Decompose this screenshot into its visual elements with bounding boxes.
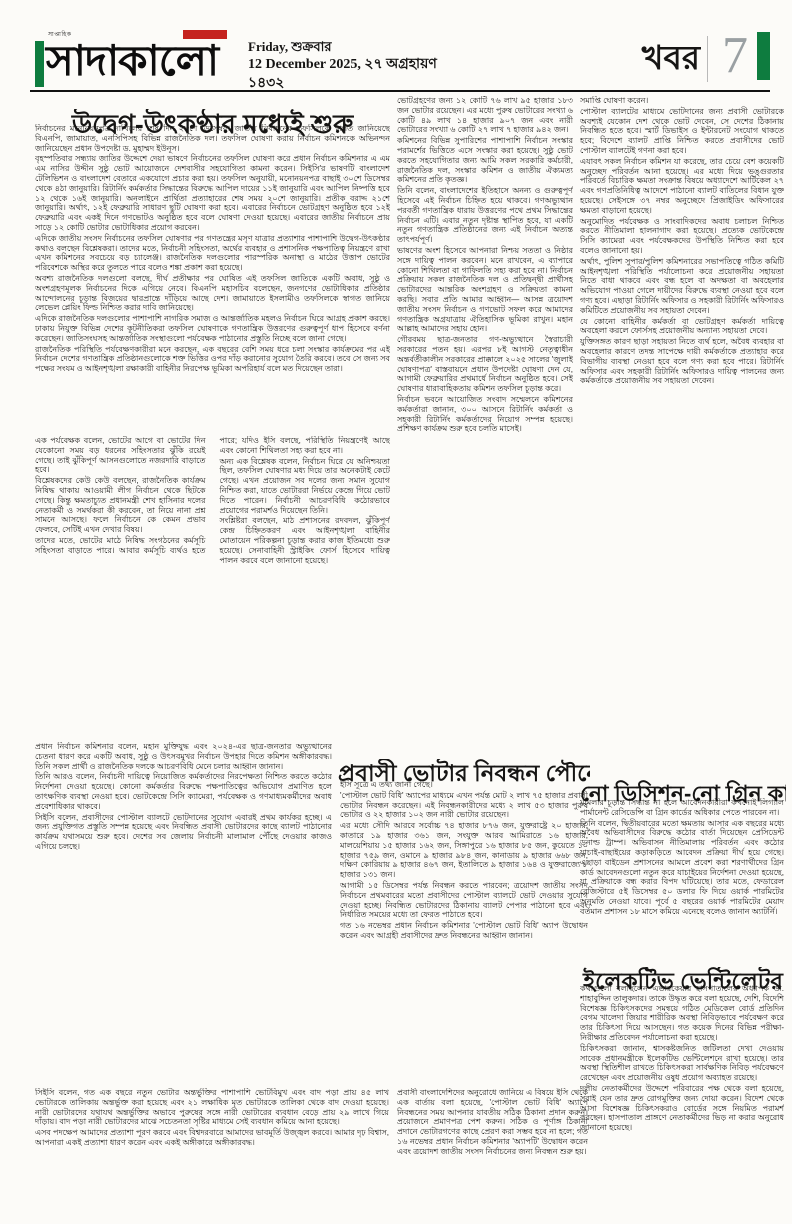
middle-column-body: ভোটগ্রহণের জন্য ১২ কোটি ৭৬ লাখ ৯৫ হাজার … xyxy=(397,96,573,736)
body-paragraph: তিনি বলেন, বাংলাদেশের ইতিহাসে অনন্য ও গু… xyxy=(397,186,573,245)
body-paragraph: এদিকে রাজনৈতিক দলগুলোর পাশাপাশি নাগরিক স… xyxy=(35,314,390,343)
body-paragraph: অন্য এক বিশ্লেষক বলেন, নির্বাচন ঘিরে যে … xyxy=(220,457,391,516)
body-paragraph: যুক্তিসঙ্গত কারণ ছাড়া সহায়তা নিতে ব্যর… xyxy=(580,337,784,386)
section-divider xyxy=(707,36,708,82)
body-paragraph: এসব পদক্ষেপ আমাদের প্রত্যাশা পূরণ করবে এ… xyxy=(35,1128,389,1148)
probashi-body: ইসি সূত্রে এ তথ্য জানা গেছে।'পোস্টাল ভোট… xyxy=(340,780,588,1084)
body-paragraph: প্রধান নির্বাচন কমিশনার বলেন, মহান মুক্ত… xyxy=(35,742,332,771)
lead-body-bottom-b: সিইসি বলেন, গত এক বছরে নতুন ভোটার অন্তর্… xyxy=(35,1088,389,1214)
body-paragraph: রাজনৈতিক পরিস্থিতি পর্যবেক্ষণকারীরা মনে … xyxy=(35,345,390,374)
lead-body-columns: এক পর্যবেক্ষক বলেন, ভোটের আগে বা ভোটের দ… xyxy=(35,436,390,736)
newspaper-page: { "masthead": { "logo_text": "সাদাকালো",… xyxy=(0,0,792,1224)
body-paragraph: ভোটগ্রহণের জন্য ১২ কোটি ৭৬ লাখ ৯৫ হাজার … xyxy=(397,96,573,135)
body-paragraph: চিকিৎসকরা জানান, শ্বাসকষ্টজনিত জটিলতা দে… xyxy=(580,1044,784,1083)
body-paragraph: সংশ্লিষ্টরা বলছেন, মাঠ প্রশাসনের রদবদল, … xyxy=(220,516,391,565)
body-paragraph: সিইসি বলেন, প্রবাসীদের পোস্টাল ব্যালটে ভ… xyxy=(35,813,332,852)
greencard-body: মামলার চূড়ান্ত সিদ্ধান্ত না হলে আবেদনকা… xyxy=(580,798,784,944)
body-paragraph: 'পোস্টাল ভোট বিধি' অ্যাপের মাধ্যমে এখন প… xyxy=(340,791,588,820)
lead-body-top: নির্বাচনের মনোনয়নপত্র দাখিলের শেষ দিন ২… xyxy=(35,124,390,434)
body-paragraph: এর মধ্যে সৌদি আরবে সর্বোচ্চ ৭৪ হাজার ৮৭৬… xyxy=(340,821,588,880)
body-paragraph: বিশ্লেষকদের কেউ কেউ বলছেন, রাজনৈতিক কার্… xyxy=(35,476,206,535)
probashi-body-continued: প্রবাসী বাংলাদেশিদের অনুরোধে জানিয়ে এ ব… xyxy=(397,1088,588,1214)
body-paragraph: পোস্টাল ব্যালটের মাধ্যমে ভোটদানের জন্য প… xyxy=(580,107,784,156)
body-paragraph: যে কোনো বাহিনীর কর্মকর্তা বা ভোটগ্রহণ কর… xyxy=(580,317,784,337)
body-paragraph: নির্বাচন ভবনে আয়োজিত সংবাদ সম্মেলনে কমি… xyxy=(397,395,573,434)
body-paragraph: তিনি বলেন, দ্বিতীয়বারের মতো ক্ষমতায় আস… xyxy=(580,819,784,917)
body-paragraph: কমিশনের বিভিন্ন সুপারিশের পাশাপাশি নির্ব… xyxy=(397,136,573,185)
body-paragraph: তিনি আরও বলেন, নির্বাচনী দায়িত্বে নিয়ো… xyxy=(35,772,332,811)
body-paragraph: আগামী ১৫ ডিসেম্বর পর্যন্ত নিবন্ধন করতে প… xyxy=(340,881,588,920)
logo-green-bar xyxy=(35,41,44,87)
body-paragraph: এক পর্যবেক্ষক বলেন, ভোটের আগে বা ভোটের দ… xyxy=(35,436,206,475)
right-column-body: সমাপ্তি ঘোষণা করেন।পোস্টাল ব্যালটের মাধ্… xyxy=(580,96,784,758)
body-paragraph: সমাপ্তি ঘোষণা করেন। xyxy=(580,96,784,106)
body-paragraph: অনুমোদিত পর্যবেক্ষক ও সাংবাদিকদের অবাধ চ… xyxy=(580,217,784,256)
body-paragraph: সিইসি বলেন, গত এক বছরে নতুন ভোটার অন্তর্… xyxy=(35,1088,389,1127)
date-line-2: 12 December 2025, ২৭ অগ্রহায়ণ ১৪৩২ xyxy=(248,55,468,93)
lead-body-bottom-a: প্রধান নির্বাচন কমিশনার বলেন, মহান মুক্ত… xyxy=(35,742,332,1085)
page-number: 7 xyxy=(722,28,748,84)
logo-text: সাদাকালো xyxy=(46,37,218,85)
body-paragraph: এযাবৎ সকল নির্বাচন কমিশন যা করেছে, তার চ… xyxy=(580,157,784,216)
body-paragraph: মামলার চূড়ান্ত সিদ্ধান্ত না হলে আবেদনকা… xyxy=(580,798,784,818)
section-label: খবর xyxy=(642,38,700,78)
date-block: Friday, শুক্রবার 12 December 2025, ২৭ অগ… xyxy=(248,38,468,93)
ventilator-body: কথাগুলো বলছিলেন এভারকেয়ার হাসপাতালের অধ… xyxy=(580,984,784,1214)
body-paragraph: ভাষণের অংশ হিসেবে আপনারা নিশ্চয় সততা ও … xyxy=(397,246,573,334)
body-paragraph: দলীয় নেতাকর্মীদের উদ্দেশে পরিবারের পক্ষ… xyxy=(580,1084,784,1133)
body-paragraph: গত ১৬ নভেম্বর প্রধান নির্বাচন কমিশনার 'প… xyxy=(340,921,588,941)
body-paragraph: বৃহস্পতিবার সন্ধ্যায় জাতির উদ্দেশে দেয়… xyxy=(35,154,390,232)
body-paragraph: এদিকে জাতীয় সংসদ নির্বাচনের তফসিল ঘোষণা… xyxy=(35,234,390,273)
body-paragraph: প্রবাসী বাংলাদেশিদের অনুরোধে জানিয়ে এ ব… xyxy=(397,1088,588,1157)
newspaper-logo: সাপ্তাহিক সাদাকালো xyxy=(35,30,227,88)
body-paragraph: অবশ্য রাজনৈতিক দলগুলো বলছে, দীর্ঘ প্রতীক… xyxy=(35,274,390,313)
body-paragraph: অর্থাৎ, পুলিশ সুপার/পুলিশ কমিশনারের সভাপ… xyxy=(580,257,784,316)
section-header: খবর 7 xyxy=(590,26,770,86)
body-paragraph: নির্বাচনের মনোনয়নপত্র দাখিলের শেষ দিন ২… xyxy=(35,124,390,153)
page-number-green-bar xyxy=(757,32,770,80)
body-paragraph: ইসি সূত্রে এ তথ্য জানা গেছে। xyxy=(340,780,588,790)
body-paragraph: কথাগুলো বলছিলেন এভারকেয়ার হাসপাতালের অধ… xyxy=(580,984,784,1043)
header-rule xyxy=(30,90,770,92)
body-paragraph: গৌরবময় ছাত্র-জনতার গণ-অভ্যুত্থানে স্বৈর… xyxy=(397,335,573,394)
date-line-1: Friday, শুক্রবার xyxy=(248,38,468,55)
